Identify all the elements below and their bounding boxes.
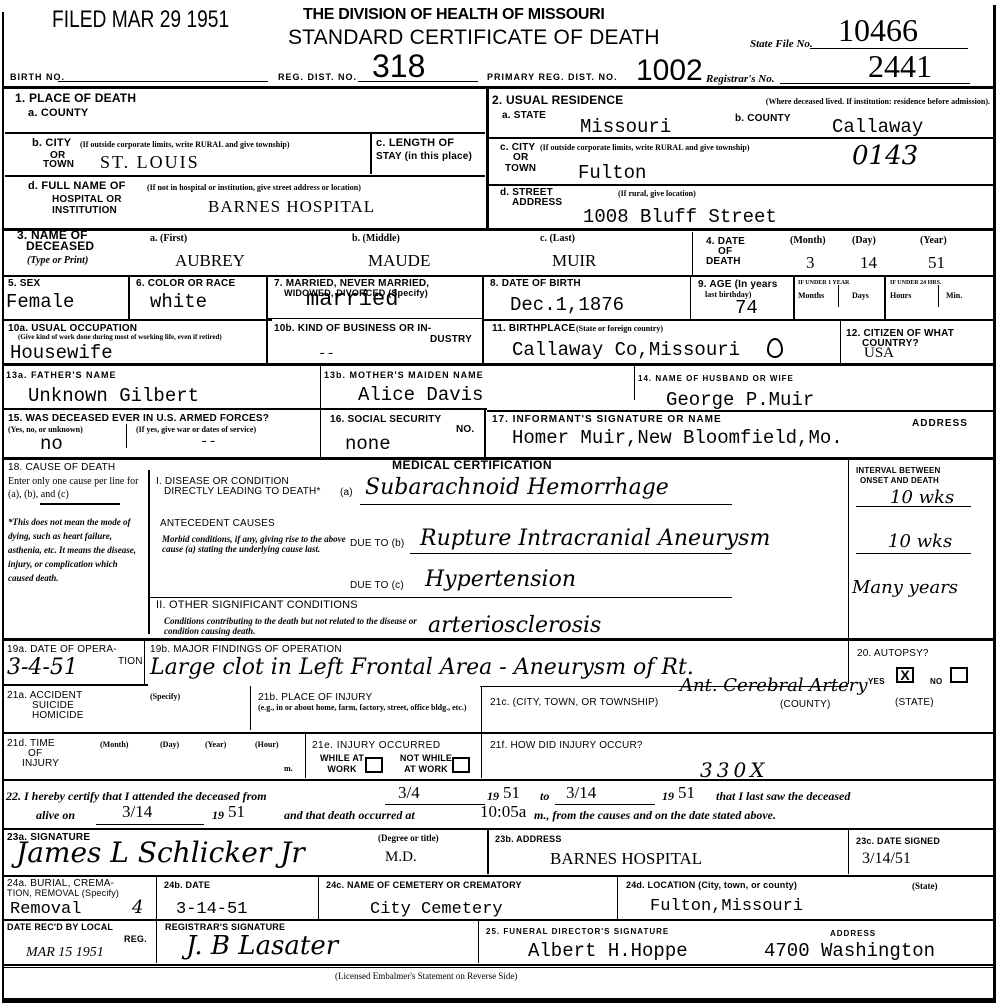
- registrar-signature: J. B Lasater: [186, 932, 338, 960]
- certificate-title: STANDARD CERTIFICATE OF DEATH: [288, 26, 660, 50]
- due-to-c-label: DUE TO (c): [350, 580, 404, 591]
- degree-label: (Degree or title): [378, 834, 439, 843]
- cause-footnote: *This does not mean the mode of dying, s…: [8, 515, 143, 585]
- funeral-director-value: Albert H.Hoppe: [528, 941, 688, 961]
- circle-mark: [767, 338, 783, 358]
- funeral-address-label: ADDRESS: [830, 928, 876, 939]
- antecedent-label: ANTECEDENT CAUSES: [160, 518, 275, 529]
- hospital-note: (If not in hospital or institution, give…: [147, 183, 487, 192]
- antecedent-note: Morbid conditions, if any, giving rise t…: [162, 534, 352, 554]
- stay-label-2: STAY (in this place): [376, 151, 472, 162]
- ssn-label-2: NO.: [456, 424, 474, 435]
- residence-label: 2. USUAL RESIDENCE: [492, 95, 623, 106]
- res-street-note: (If rural, give location): [618, 189, 696, 198]
- birth-no-label: BIRTH NO.: [10, 73, 65, 82]
- physician-signature: James L Schlicker Jr: [16, 838, 305, 868]
- res-state-label: a. STATE: [502, 110, 546, 121]
- birthplace-label: 11. BIRTHPLACE: [492, 323, 575, 334]
- burial-type-mark: 4: [132, 896, 143, 920]
- time-of-injury-label-3: INJURY: [22, 758, 59, 769]
- res-county-value: Callaway: [832, 117, 923, 137]
- date-signed-label: 23c. DATE SIGNED: [856, 836, 940, 847]
- armed-value: no: [40, 434, 63, 454]
- registrar-no-label: Registrar's No.: [706, 73, 774, 85]
- under-24-label: IF UNDER 24 HRS.: [890, 279, 941, 288]
- race-label: 6. COLOR OR RACE: [136, 278, 235, 289]
- other-conditions-label: II. OTHER SIGNIFICANT CONDITIONS: [156, 600, 358, 611]
- op-date-value: 3-4-51: [7, 656, 78, 680]
- injury-city-label: 21c. (CITY, TOWN, OR TOWNSHIP): [490, 697, 658, 708]
- first-name-label: a. (First): [150, 234, 187, 243]
- dod-label-3: DEATH: [706, 256, 741, 267]
- place-of-death-label: 1. PLACE OF DEATH: [15, 93, 136, 104]
- injury-occurred-label: 21e. INJURY OCCURRED: [312, 740, 441, 751]
- res-state-value: Missouri: [580, 117, 671, 137]
- type-or-print-note: (Type or Print): [27, 255, 88, 267]
- dod-day-label: (Day): [852, 236, 876, 245]
- injury-state-label: (STATE): [895, 697, 934, 708]
- middle-name-label: b. (Middle): [352, 234, 400, 243]
- cemetery-label: 24c. NAME OF CEMETERY OR CREMATORY: [326, 880, 522, 891]
- op-date-label: 19a. DATE OF OPERA-: [7, 644, 117, 655]
- deceased-name-label-2: DECEASED: [26, 241, 94, 252]
- informant-label: 17. INFORMANT'S SIGNATURE OR NAME: [492, 414, 722, 425]
- middle-name-value: MAUDE: [368, 252, 430, 270]
- to-year-prefix: 19: [662, 790, 674, 802]
- to-year: 51: [678, 784, 695, 802]
- funeral-director-label: 25. FUNERAL DIRECTOR'S SIGNATURE: [486, 926, 669, 937]
- injury-county-label: (COUNTY): [780, 699, 830, 710]
- reg-dist-number: 318: [372, 50, 425, 82]
- dod-month-value: 3: [806, 254, 815, 272]
- primary-reg-label: PRIMARY REG. DIST. NO.: [487, 73, 618, 82]
- mother-value: Alice Davis: [358, 385, 483, 405]
- business-value: --: [318, 344, 335, 364]
- first-name-value: AUBREY: [175, 252, 245, 270]
- res-code: 0143: [852, 144, 918, 168]
- not-at-work-label: NOT WHILE AT WORK: [394, 753, 458, 775]
- place-of-injury-label: 21b. PLACE OF INJURY: [258, 692, 372, 703]
- date-signed-value: 3/14/51: [862, 850, 911, 868]
- certify-line-2-suffix: m., from the causes and on the date stat…: [534, 809, 776, 821]
- armed-note-2: (If yes, give war or dates of service): [136, 425, 256, 434]
- pod-city-note: (If outside corporate limits, write RURA…: [80, 140, 350, 149]
- due-to-b-label: DUE TO (b): [350, 538, 404, 549]
- autopsy-yes-checkbox[interactable]: X: [896, 667, 914, 683]
- reg-dist-label: REG. DIST. NO.: [278, 73, 357, 82]
- from-date: 3/4: [398, 784, 420, 802]
- pod-county-label: a. COUNTY: [28, 108, 88, 119]
- burial-location-label: 24d. LOCATION (City, town, or county): [626, 880, 797, 891]
- alive-on-label: alive on: [36, 809, 75, 821]
- informant-address-label: ADDRESS: [912, 418, 968, 429]
- interval-b-value: 10 wks: [888, 530, 952, 554]
- dob-label: 8. DATE OF BIRTH: [490, 278, 581, 289]
- hours-label: Hours: [890, 291, 911, 300]
- registrar-number: 2441: [868, 50, 932, 82]
- last-name-label: c. (Last): [540, 234, 575, 243]
- race-value: white: [150, 292, 207, 312]
- alive-year-prefix: 19: [212, 809, 224, 821]
- other-conditions-note: Conditions contributing to the death but…: [164, 616, 434, 636]
- age-label: 9. AGE (In years: [698, 279, 778, 290]
- dod-day-value: 14: [860, 254, 877, 272]
- disease-label-2: DIRECTLY LEADING TO DEATH*: [164, 486, 321, 497]
- primary-reg-number: 1002: [636, 56, 703, 80]
- homicide-label: HOMICIDE: [32, 710, 84, 721]
- injury-m-label: m.: [284, 764, 293, 773]
- address-label: 23b. ADDRESS: [495, 834, 562, 845]
- business-label-2: DUSTRY: [430, 334, 472, 345]
- armed-service-value: --: [200, 432, 217, 452]
- cause-b-value: Rupture Intracranial Aneurysm: [420, 527, 770, 551]
- burial-location-value: Fulton,Missouri: [650, 897, 803, 917]
- spouse-label: 14. NAME OF HUSBAND OR WIFE: [638, 373, 794, 384]
- autopsy-no-label: NO: [930, 676, 942, 687]
- date-received-label-2: REG.: [124, 934, 147, 945]
- injury-day-label: (Day): [160, 740, 179, 749]
- dod-year-label: (Year): [920, 236, 947, 245]
- a-marker: (a): [340, 487, 353, 498]
- not-at-work-checkbox[interactable]: [452, 757, 470, 773]
- res-county-label: b. COUNTY: [735, 113, 791, 124]
- hospital-label: d. FULL NAME OF: [28, 181, 126, 192]
- armed-forces-label: 15. WAS DECEASED EVER IN U.S. ARMED FORC…: [8, 413, 269, 424]
- ssn-value: none: [345, 434, 391, 454]
- autopsy-no-checkbox[interactable]: [950, 667, 968, 683]
- medical-cert-title: MEDICAL CERTIFICATION: [392, 460, 552, 471]
- autopsy-yes-label: YES: [868, 676, 885, 687]
- date-received-value: MAR 15 1951: [26, 944, 104, 962]
- res-city-value: Fulton: [578, 163, 646, 183]
- how-injury-label: 21f. HOW DID INJURY OCCUR?: [490, 740, 643, 751]
- father-value: Unknown Gilbert: [28, 386, 199, 406]
- from-year-prefix: 19: [487, 790, 499, 802]
- death-time: 10:05a: [480, 803, 526, 821]
- pod-city-value: ST. LOUIS: [100, 153, 200, 171]
- months-label: Months: [798, 291, 824, 300]
- burial-date-value: 3-14-51: [176, 900, 247, 920]
- citizen-value: USA: [864, 344, 894, 362]
- alive-date: 3/14: [122, 803, 152, 821]
- cause-a-value: Subarachnoid Hemorrhage: [365, 476, 669, 500]
- age-value: 74: [735, 298, 758, 318]
- state-file-label: State File No.: [750, 38, 813, 50]
- death-occurred-label: and that death occurred at: [284, 809, 415, 821]
- interval-label-2: ONSET AND DEATH: [860, 475, 939, 486]
- residence-note: (Where deceased lived. If institution: r…: [700, 97, 990, 106]
- cause-c-value: Hypertension: [425, 568, 576, 592]
- state-file-number: 10466: [838, 14, 918, 46]
- occupation-note: (Give kind of work done during most of w…: [18, 333, 268, 341]
- res-city-or: OR: [513, 152, 528, 163]
- dod-month-label: (Month): [790, 236, 826, 245]
- cause-label: 18. CAUSE OF DEATH: [8, 462, 115, 473]
- ssn-label: 16. SOCIAL SECURITY: [330, 414, 441, 425]
- certify-line-1: 22. I hereby certify that I attended the…: [6, 790, 267, 802]
- marital-value: married: [306, 290, 398, 310]
- hospital-value: BARNES HOSPITAL: [208, 198, 375, 216]
- mother-label: 13b. MOTHER'S MAIDEN NAME: [324, 370, 484, 381]
- cause-note: Enter only one cause per line for (a), (…: [8, 475, 143, 501]
- burial-location-state-label: (State): [912, 882, 938, 891]
- at-work-checkbox[interactable]: [365, 757, 383, 773]
- funeral-address-value: 4700 Washington: [764, 941, 935, 961]
- at-work-label: WHILE AT WORK: [312, 753, 372, 775]
- res-city-town: TOWN: [505, 163, 536, 174]
- alive-year: 51: [228, 803, 245, 821]
- place-of-injury-note: (e.g., in or about home, farm, factory, …: [258, 703, 478, 712]
- findings-value: Large clot in Left Frontal Area - Aneury…: [150, 656, 694, 680]
- occupation-value: Housewife: [10, 343, 113, 363]
- burial-type-label-2: TION, REMOVAL (Specify): [7, 888, 119, 899]
- injury-month-label: (Month): [100, 740, 128, 749]
- informant-value: Homer Muir,New Bloomfield,Mo.: [512, 428, 843, 448]
- agency-name: THE DIVISION OF HEALTH OF MISSOURI: [303, 6, 605, 24]
- other-conditions-value: arteriosclerosis: [428, 614, 601, 638]
- res-street-label-2: ADDRESS: [512, 197, 562, 208]
- to-date: 3/14: [566, 784, 596, 802]
- business-label: 10b. KIND OF BUSINESS OR IN-: [274, 323, 431, 334]
- interval-c-value: Many years: [852, 576, 958, 600]
- degree-value: M.D.: [385, 848, 417, 866]
- injury-hour-label: (Hour): [255, 740, 279, 749]
- hospital-label-3: INSTITUTION: [52, 205, 117, 216]
- sex-label: 5. SEX: [8, 278, 40, 289]
- pod-city-town: TOWN: [43, 159, 74, 170]
- burial-type-value: Removal: [10, 900, 81, 920]
- to-label: to: [540, 790, 549, 802]
- birthplace-value: Callaway Co,Missouri: [512, 340, 740, 360]
- cemetery-value: City Cemetery: [370, 900, 503, 920]
- min-label: Min.: [946, 291, 962, 300]
- specify-label: (Specify): [150, 692, 180, 701]
- stay-label: c. LENGTH OF: [376, 138, 454, 149]
- certify-line-1-suffix: that I last saw the deceased: [716, 790, 850, 802]
- father-label: 13a. FATHER'S NAME: [6, 370, 117, 381]
- hospital-label-2: HOSPITAL OR: [52, 194, 122, 205]
- address-value: BARNES HOSPITAL: [550, 850, 702, 868]
- sex-value: Female: [6, 292, 74, 312]
- pod-city-label: b. CITY: [32, 138, 71, 149]
- last-name-value: MUIR: [552, 252, 596, 270]
- birthplace-note: (State or foreign country): [576, 324, 663, 333]
- injury-year-label: (Year): [205, 740, 226, 749]
- autopsy-label: 20. AUTOPSY?: [857, 648, 929, 659]
- under-1-year-label: IF UNDER 1 YEAR: [798, 279, 849, 288]
- days-label: Days: [852, 291, 869, 300]
- dod-year-value: 51: [928, 254, 945, 272]
- burial-date-label: 24b. DATE: [164, 880, 210, 891]
- findings-label: 19b. MAJOR FINDINGS OF OPERATION: [150, 644, 342, 655]
- date-received-label: DATE REC'D BY LOCAL: [7, 922, 113, 933]
- embalmer-note: (Licensed Embalmer's Statement on Revers…: [335, 972, 517, 981]
- filed-stamp: FILED MAR 29 1951: [52, 6, 229, 34]
- dob-value: Dec.1,1876: [510, 295, 624, 315]
- from-year: 51: [503, 784, 520, 802]
- res-street-value: 1008 Bluff Street: [583, 207, 777, 227]
- op-date-label-2: TION: [118, 656, 143, 667]
- spouse-value: George P.Muir: [666, 390, 814, 410]
